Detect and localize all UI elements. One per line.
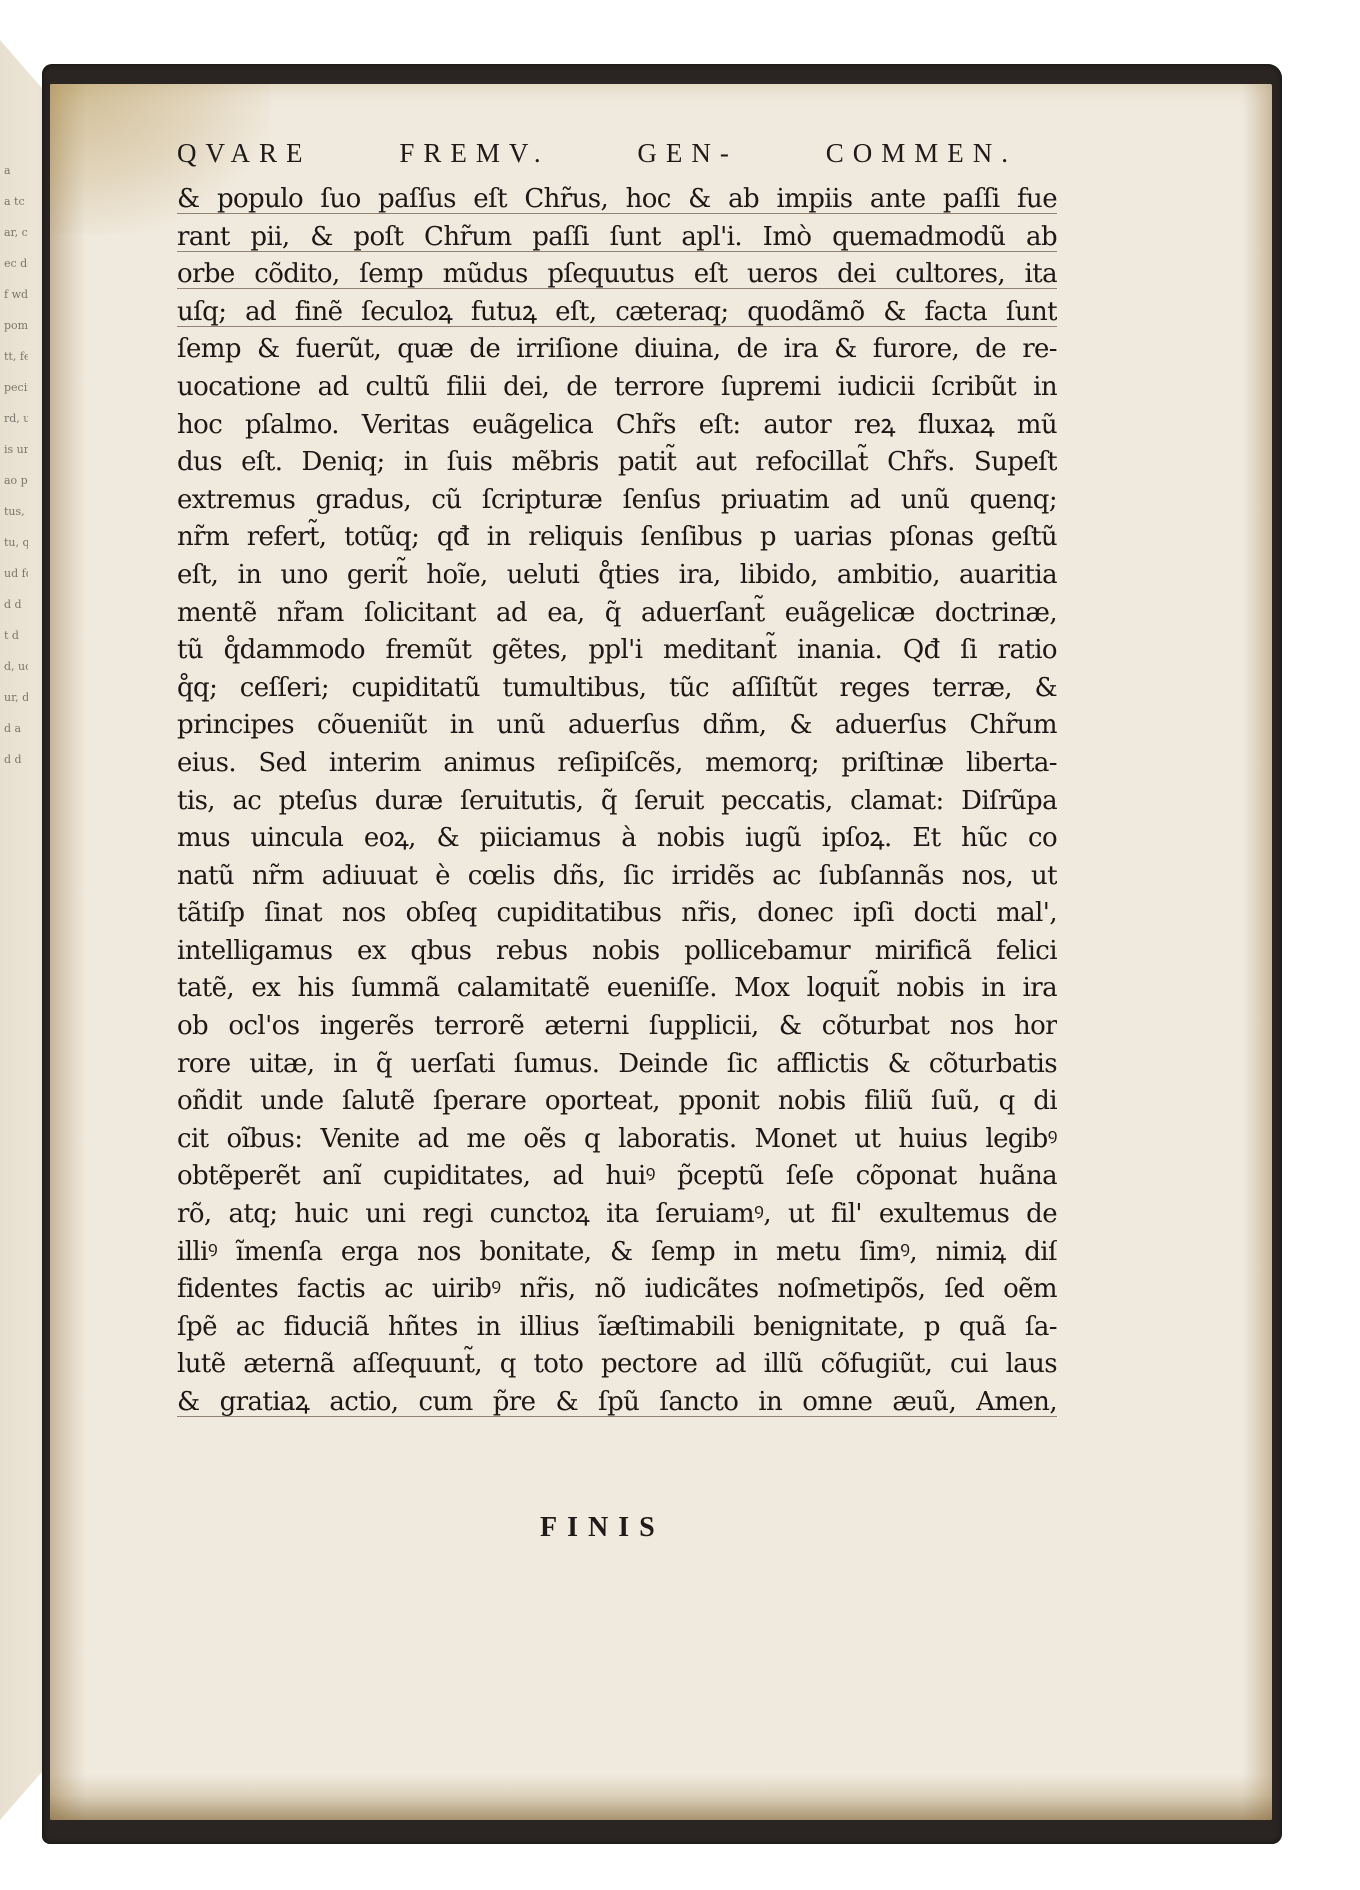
left-page-fragment: d d (4, 589, 28, 620)
left-page-fragment: ur, d (4, 682, 28, 713)
text-line: cit oĩbus: Venite ad me oẽs q laboratis.… (177, 1121, 1057, 1159)
text-line: obtẽperẽt anĩ cupiditates, ad huiꝰ p̃cep… (177, 1158, 1057, 1196)
left-page-fragment: d, uo (4, 651, 28, 682)
text-line: tũ q̊dammodo fremũt gẽtes, ppl'i meditan… (177, 632, 1057, 670)
left-page-fragment: d a (4, 713, 28, 744)
text-line: ſemp & fuerũt, quæ de irriſione diuina, … (177, 331, 1057, 369)
left-page-fragment: tus, fai (4, 496, 28, 527)
text-line: orbe cõdito, ſemp mũdus pſequutus eſt ue… (177, 256, 1057, 294)
running-head-part: QVARE (177, 138, 312, 169)
text-line: uſq; ad finẽ ſeculoꝝ futuꝝ eſt, cæteraq;… (177, 294, 1057, 332)
left-page-fragment: ao p (4, 465, 28, 496)
gutter-stain (50, 84, 86, 1820)
left-page-fragment: rd, ua (4, 403, 28, 434)
left-page-fragment: pecin (4, 372, 28, 403)
text-line: tis, ac pteſus duræ ſeruitutis, q̃ ſerui… (177, 783, 1057, 821)
text-line: tatẽ, ex his ſummã calamitatẽ eueniſſe. … (177, 970, 1057, 1008)
text-line: ob ocl'os ingerẽs terrorẽ æterni ſupplic… (177, 1008, 1057, 1046)
text-line: nr̃m refert̃, totũq; qđ in reliquis ſenſ… (177, 519, 1057, 557)
text-line: & gratiaꝝ actio, cum p̃re & ſpũ ſancto i… (177, 1384, 1057, 1422)
left-page-fragment: pompo (4, 310, 28, 341)
text-line: natũ nr̃m adiuuat è cœlis dñs, ſic irrid… (177, 858, 1057, 896)
text-line: lutẽ æternã aſſequunt̃, q toto pectore a… (177, 1346, 1057, 1384)
text-line: rant pii, & poſt Chr̃um paſſi ſunt apl'i… (177, 219, 1057, 257)
left-page-fragment: d d (4, 744, 28, 775)
left-page-text-fragments: aa tcar, cumec ddf wdpompott, fedpecinrd… (4, 155, 28, 775)
left-page-fragment: is um (4, 434, 28, 465)
left-page-fragment: tt, fed (4, 341, 28, 372)
left-page-fragment: ud fd (4, 558, 28, 589)
running-head-part: FREMV. (399, 138, 549, 169)
text-line: dus eſt. Deniq; in ſuis mẽbris patit̃ au… (177, 444, 1057, 482)
text-line: eius. Sed interim animus reſipiſcẽs, mem… (177, 745, 1057, 783)
bottom-edge-stain (50, 1774, 1272, 1820)
text-line: mentẽ nr̃am ſolicitant ad ea, q̃ aduerſa… (177, 595, 1057, 633)
left-page-fragment: ar, cum (4, 217, 28, 248)
text-line: fidentes factis ac uiribꝰ nr̃is, nõ iudi… (177, 1271, 1057, 1309)
text-line: uocatione ad cultũ filii dei, de terrore… (177, 369, 1057, 407)
text-line: extremus gradus, cũ ſcripturæ ſenſus pri… (177, 482, 1057, 520)
left-page-fragment: tu, q (4, 527, 28, 558)
text-line: principes cõueniũt in unũ aduerſus dñm, … (177, 707, 1057, 745)
left-page-fragment: t d (4, 620, 28, 651)
left-page-fragment: a (4, 155, 28, 186)
text-line: eſt, in uno gerit̃ hoĩe, ueluti q̊ties i… (177, 557, 1057, 595)
running-head-part: GEN- (637, 138, 737, 169)
running-head-part: COMMEN. (826, 138, 1017, 169)
text-line: q̊q; ceſſeri; cupiditatũ tumultibus, tũc… (177, 670, 1057, 708)
text-line: mus uincula eoꝝ, & piiciamus à nobis iug… (177, 820, 1057, 858)
text-line: oñdit unde ſalutẽ ſperare oporteat, ppon… (177, 1083, 1057, 1121)
left-page-fragment: f wd (4, 279, 28, 310)
text-line: illiꝰ ĩmenſa erga nos bonitate, & ſemp i… (177, 1234, 1057, 1272)
text-line: rõ, atq; huic uni regi cunctoꝝ ita ſerui… (177, 1196, 1057, 1234)
text-line: hoc pſalmo. Veritas euãgelica Chr̃s eſt:… (177, 407, 1057, 445)
left-page-fragment: ec dd (4, 248, 28, 279)
text-line: intelligamus ex qbus rebus nobis pollice… (177, 933, 1057, 971)
text-line: ſpẽ ac fiduciã hñtes in illius ĩæſtimabi… (177, 1309, 1057, 1347)
text-line: tãtiſp ſinat nos obſeq cupiditatibus nr̃… (177, 895, 1057, 933)
main-text-block: & populo ſuo paſſus eſt Chr̃us, hoc & ab… (177, 181, 1057, 1422)
fore-edge-stain (1242, 84, 1272, 1820)
colophon-finis: FINIS (540, 1512, 665, 1544)
running-head: QVARE FREMV. GEN- COMMEN. (177, 138, 1017, 169)
left-page-fragment: a tc (4, 186, 28, 217)
text-line: & populo ſuo paſſus eſt Chr̃us, hoc & ab… (177, 181, 1057, 219)
text-line: rore uitæ, in q̃ uerſati ſumus. Deinde ſ… (177, 1046, 1057, 1084)
